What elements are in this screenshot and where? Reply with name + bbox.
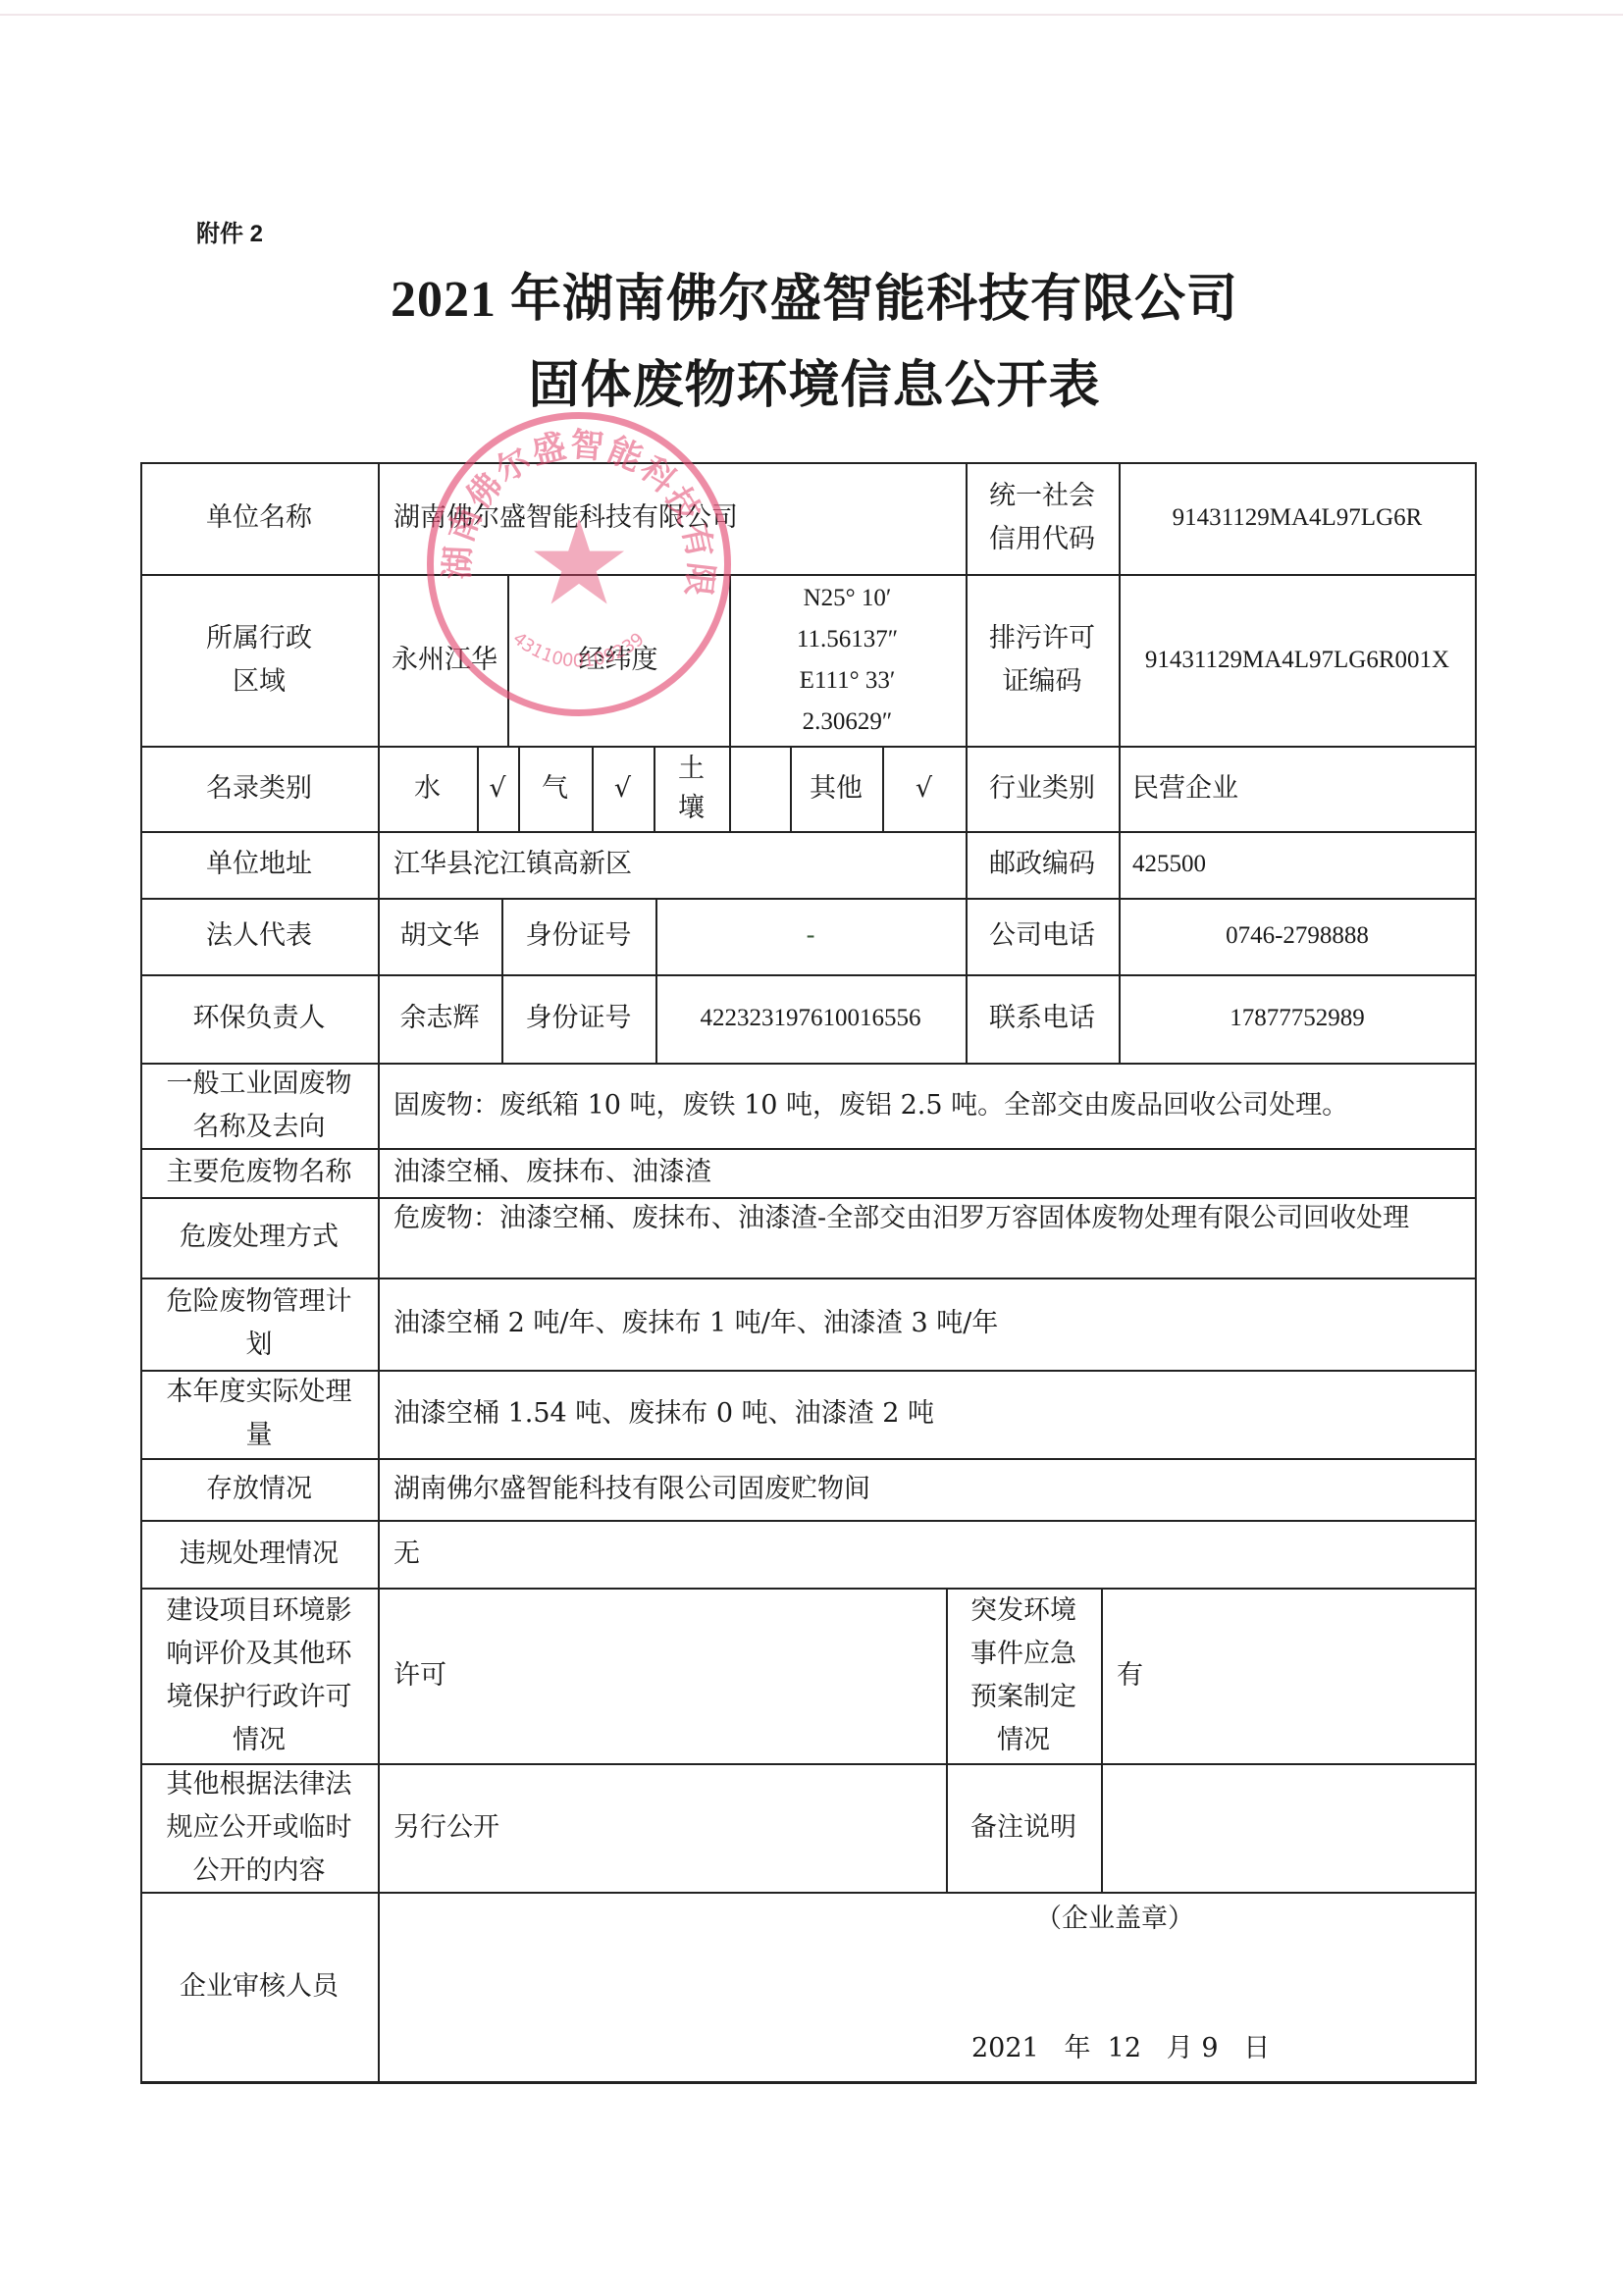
legal-rep-value: 胡文华: [378, 898, 501, 974]
industry-value: 民营企业: [1119, 746, 1476, 831]
permit-value: 91431129MA4L97LG6R001X: [1119, 574, 1476, 746]
remarks-value: [1101, 1763, 1476, 1892]
reviewer-label: 企业审核人员: [140, 1892, 378, 2081]
address-label: 单位地址: [140, 831, 378, 898]
catalog-label: 名录类别: [140, 746, 378, 831]
address-value: 江华县沱江镇高新区: [378, 831, 966, 898]
date-month: 12: [1108, 2033, 1141, 2063]
actual-value: 油漆空桶 1.54 吨、废抹布 0 吨、油漆渣 2 吨: [378, 1370, 1476, 1458]
general-waste-value: 固废物：废纸箱 10 吨，废铁 10 吨，废铝 2.5 吨。全部交由废品回收公司…: [378, 1063, 1476, 1148]
catalog-air: 气: [518, 746, 592, 831]
region-value: 永州江华: [378, 574, 507, 746]
credit-code-label: 统一社会信用代码: [966, 462, 1119, 574]
postal-label: 邮政编码: [966, 831, 1119, 898]
legal-rep-id-value: -: [655, 898, 966, 974]
hazardous-method-value: 危废物：油漆空桶、废抹布、油漆渣-全部交由汨罗万容固体废物处理有限公司回收处理: [378, 1197, 1476, 1278]
catalog-water: 水: [378, 746, 477, 831]
sign-date: 2021 年 12 月 9 日: [971, 2027, 1270, 2070]
contact-phone-value: 17877752989: [1119, 974, 1476, 1063]
scan-edge: [0, 14, 1623, 16]
storage-label: 存放情况: [140, 1458, 378, 1520]
attachment-label: 附件 2: [196, 214, 263, 248]
contact-phone-label: 联系电话: [966, 974, 1119, 1063]
longitude-sec: 2.30629″: [803, 702, 893, 743]
date-year: 2021: [971, 2033, 1039, 2063]
date-day-unit: 日: [1243, 2033, 1270, 2063]
unit-name-label: 单位名称: [140, 462, 378, 574]
general-waste-label: 一般工业固废物名称及去向: [140, 1063, 378, 1148]
hazardous-names-value: 油漆空桶、废抹布、油漆渣: [378, 1148, 1476, 1197]
storage-value: 湖南佛尔盛智能科技有限公司固废贮物间: [378, 1458, 1476, 1520]
plan-label: 危险废物管理计划: [140, 1278, 378, 1370]
catalog-other-check: √: [882, 746, 966, 831]
coord-value: N25° 10′ 11.56137″ E111° 33′ 2.30629″: [729, 574, 966, 746]
catalog-air-check: √: [592, 746, 654, 831]
company-phone-label: 公司电话: [966, 898, 1119, 974]
eia-label: 建设项目环境影响评价及其他环境保护行政许可情况: [140, 1588, 378, 1763]
env-manager-id-label: 身份证号: [501, 974, 655, 1063]
violation-value: 无: [378, 1520, 1476, 1588]
seal-note: （企业盖章）: [1035, 1898, 1194, 1941]
postal-value: 425500: [1119, 831, 1476, 898]
emergency-label: 突发环境事件应急预案制定情况: [946, 1588, 1101, 1763]
page-subtitle: 固体废物环境信息公开表: [79, 343, 1550, 417]
date-day: 9: [1201, 2033, 1218, 2063]
page-title: 2021 年湖南佛尔盛智能科技有限公司: [79, 257, 1550, 331]
catalog-water-check: √: [477, 746, 518, 831]
env-manager-label: 环保负责人: [140, 974, 378, 1063]
actual-label: 本年度实际处理量: [140, 1370, 378, 1458]
row-divider: [140, 2081, 1477, 2084]
date-year-unit: 年: [1064, 2033, 1090, 2063]
coord-label: 经纬度: [507, 574, 729, 746]
other-disclosure-value: 另行公开: [378, 1763, 946, 1892]
catalog-other: 其他: [790, 746, 882, 831]
industry-label: 行业类别: [966, 746, 1119, 831]
latitude-deg: N25° 10′: [804, 578, 892, 619]
longitude-deg: E111° 33′: [800, 660, 896, 702]
catalog-soil-check: [729, 746, 790, 831]
remarks-label: 备注说明: [946, 1763, 1101, 1892]
legal-rep-label: 法人代表: [140, 898, 378, 974]
hazardous-method-label: 危废处理方式: [140, 1197, 378, 1278]
env-manager-id-value: 422323197610016556: [655, 974, 966, 1063]
permit-label: 排污许可证编码: [966, 574, 1119, 746]
date-month-unit: 月: [1167, 2033, 1193, 2063]
region-label: 所属行政区域: [140, 574, 378, 746]
catalog-soil: 土壤: [654, 746, 729, 831]
hazardous-names-label: 主要危废物名称: [140, 1148, 378, 1197]
plan-value: 油漆空桶 2 吨/年、废抹布 1 吨/年、油漆渣 3 吨/年: [378, 1278, 1476, 1370]
company-phone-value: 0746-2798888: [1119, 898, 1476, 974]
env-manager-value: 余志辉: [378, 974, 501, 1063]
eia-value: 许可: [378, 1588, 946, 1763]
reviewer-sign-area: （企业盖章） 2021 年 12 月 9 日: [378, 1892, 1476, 2081]
other-disclosure-label: 其他根据法律法规应公开或临时公开的内容: [140, 1763, 378, 1892]
emergency-value: 有: [1101, 1588, 1476, 1763]
legal-rep-id-label: 身份证号: [501, 898, 655, 974]
violation-label: 违规处理情况: [140, 1520, 378, 1588]
latitude-sec: 11.56137″: [797, 619, 898, 660]
credit-code-value: 91431129MA4L97LG6R: [1119, 462, 1476, 574]
unit-name-value: 湖南佛尔盛智能科技有限公司: [378, 462, 966, 574]
